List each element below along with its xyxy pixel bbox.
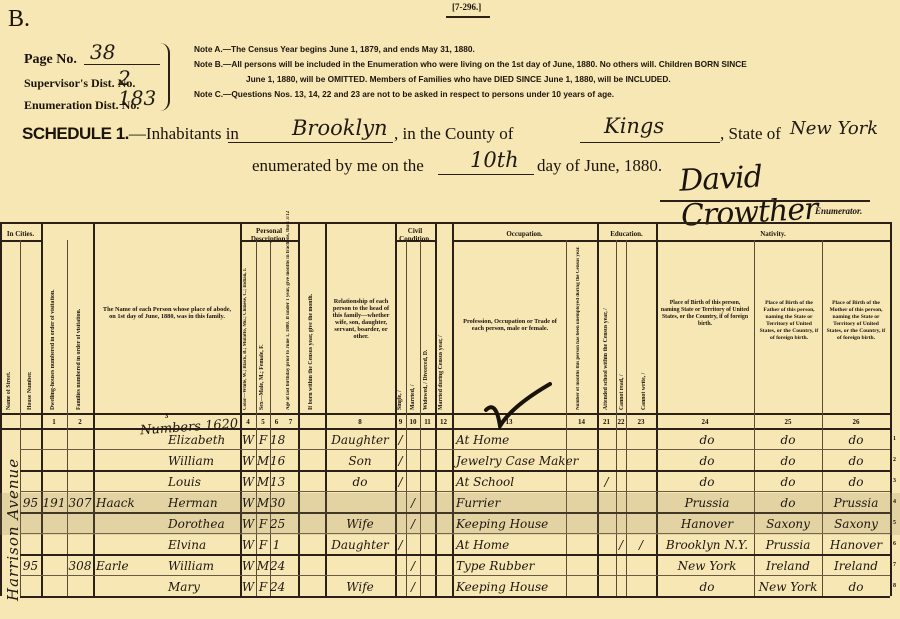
header-name: The Name of each Person whose place of a… [100, 306, 234, 320]
cell-sex: M [256, 451, 270, 471]
cell-occupation: Jewelry Case Maker [456, 451, 566, 471]
county-text: , in the County of [394, 124, 513, 144]
table-row: 95191307HaackHermanWM30/FurrierPrussiado… [0, 493, 900, 514]
cell-family: 308 [67, 556, 93, 576]
column-number: 21 [597, 418, 616, 426]
column-number: 22 [616, 418, 626, 426]
column-number: 5 [256, 418, 270, 426]
cell-birthplace: do [660, 577, 754, 597]
header-dwelling: Dwelling-houses numbered in order of vis… [50, 250, 57, 410]
header-married: Married, / [410, 330, 417, 410]
cell-age: 13 [270, 472, 283, 492]
cell-mother: do [822, 451, 890, 471]
cell-age: 24 [270, 556, 283, 576]
cell-birthplace: do [660, 472, 754, 492]
cell-birthplace: Brooklyn N.Y. [660, 535, 754, 555]
form-code: [7-296.] [452, 2, 481, 12]
line-number: 6 [893, 541, 896, 547]
table-top-border [0, 222, 890, 224]
column-number: 4 [240, 418, 256, 426]
cell-given: William [168, 451, 240, 471]
header-cannot-write: Cannot write, / [641, 330, 648, 410]
cell-birthplace: Prussia [660, 493, 754, 513]
column-number: 9 [395, 418, 406, 426]
cell-given: Dorothea [168, 514, 240, 534]
cell-relationship: Daughter [325, 535, 395, 555]
cell-mother: Prussia [822, 493, 890, 513]
group-education: Education. [597, 230, 656, 238]
column-number: 7 [283, 418, 298, 426]
line-number: 2 [893, 457, 896, 463]
cell-relationship: Wife [325, 514, 395, 534]
cell-sex: F [256, 430, 270, 450]
cell-occupation: Keeping House [456, 577, 566, 597]
table-row: 95308EarleWilliamWM24/Type RubberNew Yor… [0, 556, 900, 577]
cell-single: / [395, 472, 406, 492]
cell-father: do [754, 451, 822, 471]
table-row: LouisWM13do/At School/dododo3 [0, 472, 900, 493]
cell-married: / [406, 514, 420, 534]
cell-father: Saxony [754, 514, 822, 534]
cell-color: W [240, 577, 256, 597]
note-a: Note A.—The Census Year begins June 1, 1… [194, 44, 475, 54]
note-b: Note B.—All persons will be included in … [194, 59, 747, 69]
cell-dwelling: 191 [41, 493, 67, 513]
line-number: 8 [893, 583, 896, 589]
page-no-line [84, 64, 160, 65]
cell-age: 24 [270, 577, 283, 597]
cell-sex: M [256, 472, 270, 492]
column-number: 2 [67, 418, 93, 426]
cell-mother: Hanover [822, 535, 890, 555]
cell-single: / [395, 535, 406, 555]
city-line [228, 142, 393, 143]
cell-read: / [616, 535, 626, 555]
checkmark-icon [482, 370, 552, 430]
column-number: 8 [325, 418, 395, 426]
city-value: Brooklyn [292, 116, 388, 140]
header-mother-birthplace: Place of Birth of the Mother of this per… [825, 300, 887, 342]
enumeration-value: 183 [118, 88, 156, 108]
table-row: ElizabethWF18Daughter/At Homedododo1 [0, 430, 900, 451]
header-sex: Sex—Male, M.; Female, F. [259, 244, 266, 410]
county-value: Kings [604, 114, 664, 138]
cell-mother: do [822, 472, 890, 492]
page-no-label: Page No. [24, 52, 77, 68]
cell-father: do [754, 430, 822, 450]
cell-sex: M [256, 556, 270, 576]
header-family: Families numbered in order of visitation… [76, 250, 83, 410]
line-number: 4 [893, 499, 896, 505]
line-number: 1 [893, 436, 896, 442]
line-number: 7 [893, 562, 896, 568]
header-unemployed: Number of months this person has been un… [575, 244, 582, 410]
cell-sex: M [256, 493, 270, 513]
street-name: Harrison Avenue [4, 440, 24, 618]
schedule-label: SCHEDULE 1. [22, 124, 129, 143]
cell-married: / [406, 493, 420, 513]
header-school: Attended school within the Census year, … [603, 250, 610, 410]
sheet-letter: B. [8, 6, 30, 33]
cell-given: Louis [168, 472, 240, 492]
cell-occupation: Keeping House [456, 514, 566, 534]
cell-relationship: Wife [325, 577, 395, 597]
header-relationship: Relationship of each person to the head … [330, 298, 392, 340]
cell-color: W [240, 493, 256, 513]
brace [160, 43, 170, 111]
divider [446, 16, 490, 18]
cell-married: / [406, 556, 420, 576]
cell-color: W [240, 430, 256, 450]
state-text: , State of [720, 124, 781, 144]
cell-surname: Haack [96, 493, 166, 513]
supervisor-value: 2 [118, 68, 131, 88]
cell-sex: F [256, 577, 270, 597]
cell-birthplace: New York [660, 556, 754, 576]
cell-age: 16 [270, 451, 283, 471]
cell-occupation: Type Rubber [456, 556, 566, 576]
column-number: 25 [754, 418, 822, 426]
group-rule [452, 240, 890, 242]
header-birthplace: Place of Birth of this person, naming St… [660, 300, 750, 328]
group-occupation: Occupation. [452, 230, 597, 238]
cell-relationship: Daughter [325, 430, 395, 450]
line-number: 3 [893, 478, 896, 484]
cell-age: 30 [270, 493, 283, 513]
day-value: 10th [470, 148, 519, 172]
cell-father: Prussia [754, 535, 822, 555]
cell-occupation: Furrier [456, 493, 566, 513]
state-value: New York [790, 118, 878, 139]
table-row: DorotheaWF25Wife/Keeping HouseHanoverSax… [0, 514, 900, 535]
column-number: 14 [566, 418, 597, 426]
cell-age: 18 [270, 430, 283, 450]
county-line [580, 142, 720, 143]
cell-mother: Ireland [822, 556, 890, 576]
day-text: day of June, 1880. [537, 156, 662, 176]
cell-occupation: At School [456, 472, 566, 492]
header-age: Age at last birthday prior to June 1, 18… [285, 244, 292, 410]
note-c: Note C.—Questions Nos. 13, 14, 22 and 23… [194, 89, 614, 99]
cell-father: do [754, 472, 822, 492]
cell-age: 25 [270, 514, 283, 534]
cell-color: W [240, 472, 256, 492]
cell-married: / [406, 577, 420, 597]
cell-color: W [240, 556, 256, 576]
cell-single: / [395, 451, 406, 471]
group-in-cities: In Cities. [0, 230, 41, 238]
cell-occupation: At Home [456, 535, 566, 555]
cell-color: W [240, 451, 256, 471]
enumerator-label: Enumerator. [815, 206, 862, 216]
header-married-year: Married during Census year, / [438, 280, 445, 410]
cell-father: do [754, 493, 822, 513]
column-number: 24 [656, 418, 754, 426]
cell-single: / [395, 430, 406, 450]
inhabitants-text: —Inhabitants in [129, 124, 239, 143]
cell-mother: do [822, 430, 890, 450]
header-widowed: Widowed, / Divorced, D. [423, 300, 430, 410]
cell-father: Ireland [754, 556, 822, 576]
cell-given: Mary [168, 577, 240, 597]
cell-given: William [168, 556, 240, 576]
cell-mother: do [822, 577, 890, 597]
cell-occupation: At Home [456, 430, 566, 450]
header-street: Name of Street. [6, 250, 13, 410]
cell-sex: F [256, 535, 270, 555]
note-b-cont: June 1, 1880, will be OMITTED. Members o… [246, 74, 671, 84]
header-house-number: House Number. [27, 250, 34, 410]
header-occupation: Profession, Occupation or Trade of each … [458, 318, 562, 332]
header-single: Single, / [397, 330, 404, 410]
header-born-month: If born within the Census year, give the… [308, 244, 315, 410]
cell-given: Herman [168, 493, 240, 513]
group-nativity: Nativity. [656, 230, 890, 238]
table-row: MaryWF24Wife/Keeping HousedoNew Yorkdo8 [0, 577, 900, 598]
cell-family: 307 [67, 493, 93, 513]
column-number: 11 [420, 418, 435, 426]
column-number: 23 [626, 418, 656, 426]
enumerated-text: enumerated by me on the [252, 156, 424, 176]
cell-mother: Saxony [822, 514, 890, 534]
column-number: 6 [270, 418, 283, 426]
cell-father: New York [754, 577, 822, 597]
cell-sex: F [256, 514, 270, 534]
cell-color: W [240, 514, 256, 534]
cell-write: / [626, 535, 656, 555]
header-color: Color—White, W.; Black, B.; Mulatto, Mu.… [242, 244, 249, 410]
header-father-birthplace: Place of Birth of the Father of this per… [758, 300, 820, 342]
header-cannot-read: Cannot read, / [619, 330, 626, 410]
cell-color: W [240, 535, 256, 555]
cell-school: / [597, 472, 616, 492]
column-number: 10 [406, 418, 420, 426]
cell-birthplace: Hanover [660, 514, 754, 534]
schedule-line: SCHEDULE 1.—Inhabitants in [22, 124, 239, 144]
day-line [438, 174, 534, 175]
cell-relationship: Son [325, 451, 395, 471]
cell-relationship: do [325, 472, 395, 492]
page-no-value: 38 [90, 42, 115, 62]
table-row: WilliamWM16Son/Jewelry Case Makerdododo2 [0, 451, 900, 472]
column-number: 12 [435, 418, 452, 426]
cell-age: 1 [270, 535, 283, 555]
column-number: 26 [822, 418, 890, 426]
cell-given: Elvina [168, 535, 240, 555]
signature-line [660, 200, 870, 202]
table-row: ElvinaWF1Daughter/At Home//Brooklyn N.Y.… [0, 535, 900, 556]
cell-birthplace: do [660, 451, 754, 471]
cell-given: Elizabeth [168, 430, 240, 450]
cell-surname: Earle [96, 556, 166, 576]
cell-birthplace: do [660, 430, 754, 450]
column-number: 1 [41, 418, 67, 426]
group-civil: Civil Condition. [395, 227, 435, 243]
line-number: 5 [893, 520, 896, 526]
